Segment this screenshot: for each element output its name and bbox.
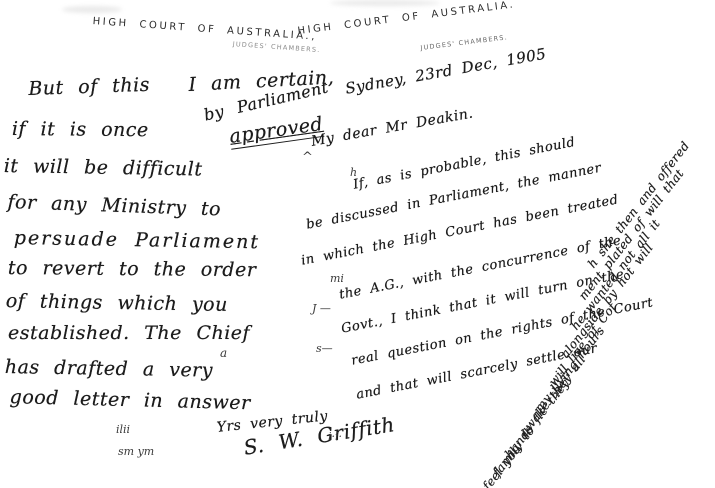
handwriting-line: if it is once xyxy=(12,118,149,141)
handwriting-line: good letter in answer xyxy=(9,386,250,414)
handwriting-line: persuade Parliament xyxy=(14,227,261,253)
chambers-left: JUDGES' CHAMBERS. xyxy=(232,40,320,54)
salutation: My dear Mr Deakin. xyxy=(310,105,474,149)
handwriting-line: has drafted a very xyxy=(5,356,214,382)
letterhead-left: HIGH COURT OF AUSTRALIA., xyxy=(92,16,317,43)
handwriting-line: But of this xyxy=(28,74,150,100)
handwriting-fragment: J — xyxy=(312,302,331,315)
illegible-handwriting-line: ment plated of will that xyxy=(576,167,687,303)
handwriting-fragment: i·i· xyxy=(328,430,342,443)
handwriting-word-approved: approved xyxy=(228,113,325,150)
insertion-caret: ^ xyxy=(302,150,313,165)
handwriting-line: established. The Chief xyxy=(8,322,250,344)
handwriting-fragment: sm ym xyxy=(118,445,154,458)
handwriting-fragment: ilii xyxy=(116,423,130,436)
handwriting-fragment: s— xyxy=(316,342,333,355)
scan-smudge xyxy=(330,0,440,6)
handwriting-fragment: mi xyxy=(330,272,344,285)
handwriting-insertion-a: a xyxy=(220,346,227,360)
scanned-letter-document: HIGH COURT OF AUSTRALIA., JUDGES' CHAMBE… xyxy=(0,0,715,488)
handwriting-line: to revert to the order xyxy=(8,257,257,281)
handwriting-line: for any Ministry to xyxy=(7,191,221,220)
handwriting-line: it will be difficult xyxy=(4,155,203,180)
illegible-handwriting-line: feel you xyxy=(480,442,524,488)
chambers-right: JUDGES' CHAMBERS. xyxy=(420,33,508,52)
scan-smudge xyxy=(62,6,122,13)
handwriting-line: of things which you xyxy=(6,290,228,316)
dateline: Sydney, 23rd Dec, 1905 xyxy=(344,45,548,98)
